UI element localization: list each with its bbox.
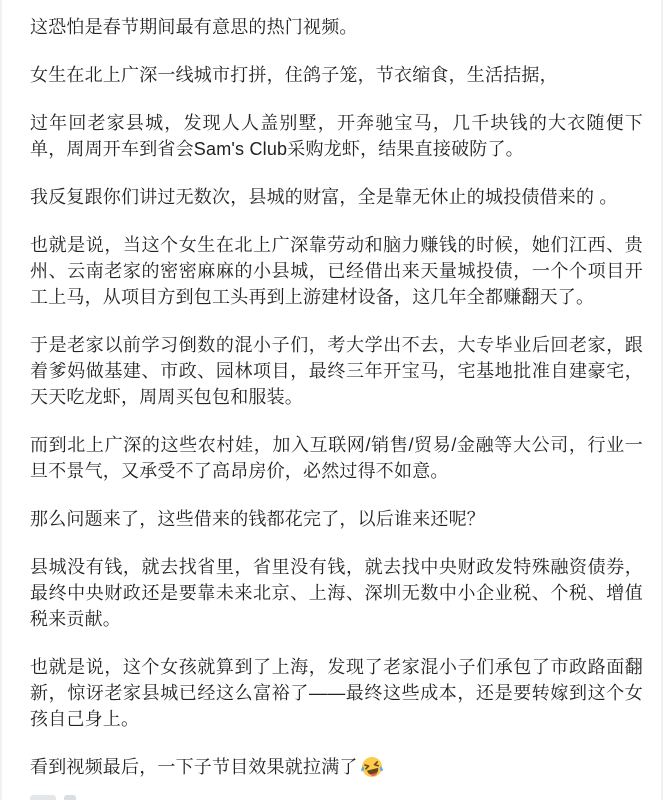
- paragraph-cost-transfer: 也就是说，这个女孩就算到了上海，发现了老家混小子们承包了市政路面翻新，惊讶老家县…: [30, 654, 643, 732]
- post-body: 这恐怕是春节期间最有意思的热门视频。 女生在北上广深一线城市打拼，住鸽子笼，节衣…: [0, 0, 663, 786]
- paragraph-debt-claim: 我反复跟你们讲过无数次，县城的财富，全是靠无休止的城投债借来的 。: [30, 184, 643, 210]
- cut-off-fragment: [30, 795, 56, 800]
- paragraph-girl-city-life: 女生在北上广深一线城市打拼，住鸽子笼，节衣缩食，生活拮据，: [30, 62, 643, 88]
- paragraph-intro: 这恐怕是春节期间最有意思的热门视频。: [30, 14, 643, 40]
- paragraph-hometown-boys: 于是老家以前学习倒数的混小子们，考大学出不去，大专毕业后回老家，跟着爹妈做基建、…: [30, 332, 643, 410]
- paragraph-ending: 看到视频最后，一下子节目效果就拉满了: [30, 754, 643, 786]
- rofl-emoji-icon: [360, 755, 384, 786]
- paragraph-hometown-wealth: 过年回老家县城，发现人人盖别墅，开奔驰宝马，几千块钱的大衣随便下单，周周开车到省…: [30, 110, 643, 162]
- paragraph-ending-text: 看到视频最后，一下子节目效果就拉满了: [30, 757, 358, 777]
- cut-off-fragment: [64, 795, 76, 800]
- paragraph-county-bonds: 也就是说，当这个女生在北上广深靠劳动和脑力赚钱的时候，她们江西、贵州、云南老家的…: [30, 232, 643, 310]
- paragraph-rural-youth: 而到北上广深的这些农村娃，加入互联网/销售/贸易/金融等大公司，行业一旦不景气，…: [30, 432, 643, 484]
- cut-off-next-content: [30, 795, 150, 800]
- paragraph-question: 那么问题来了，这些借来的钱都花完了，以后谁来还呢？: [30, 506, 643, 532]
- paragraph-who-pays: 县城没有钱，就去找省里，省里没有钱，就去找中央财政发特殊融资债券，最终中央财政还…: [30, 554, 643, 632]
